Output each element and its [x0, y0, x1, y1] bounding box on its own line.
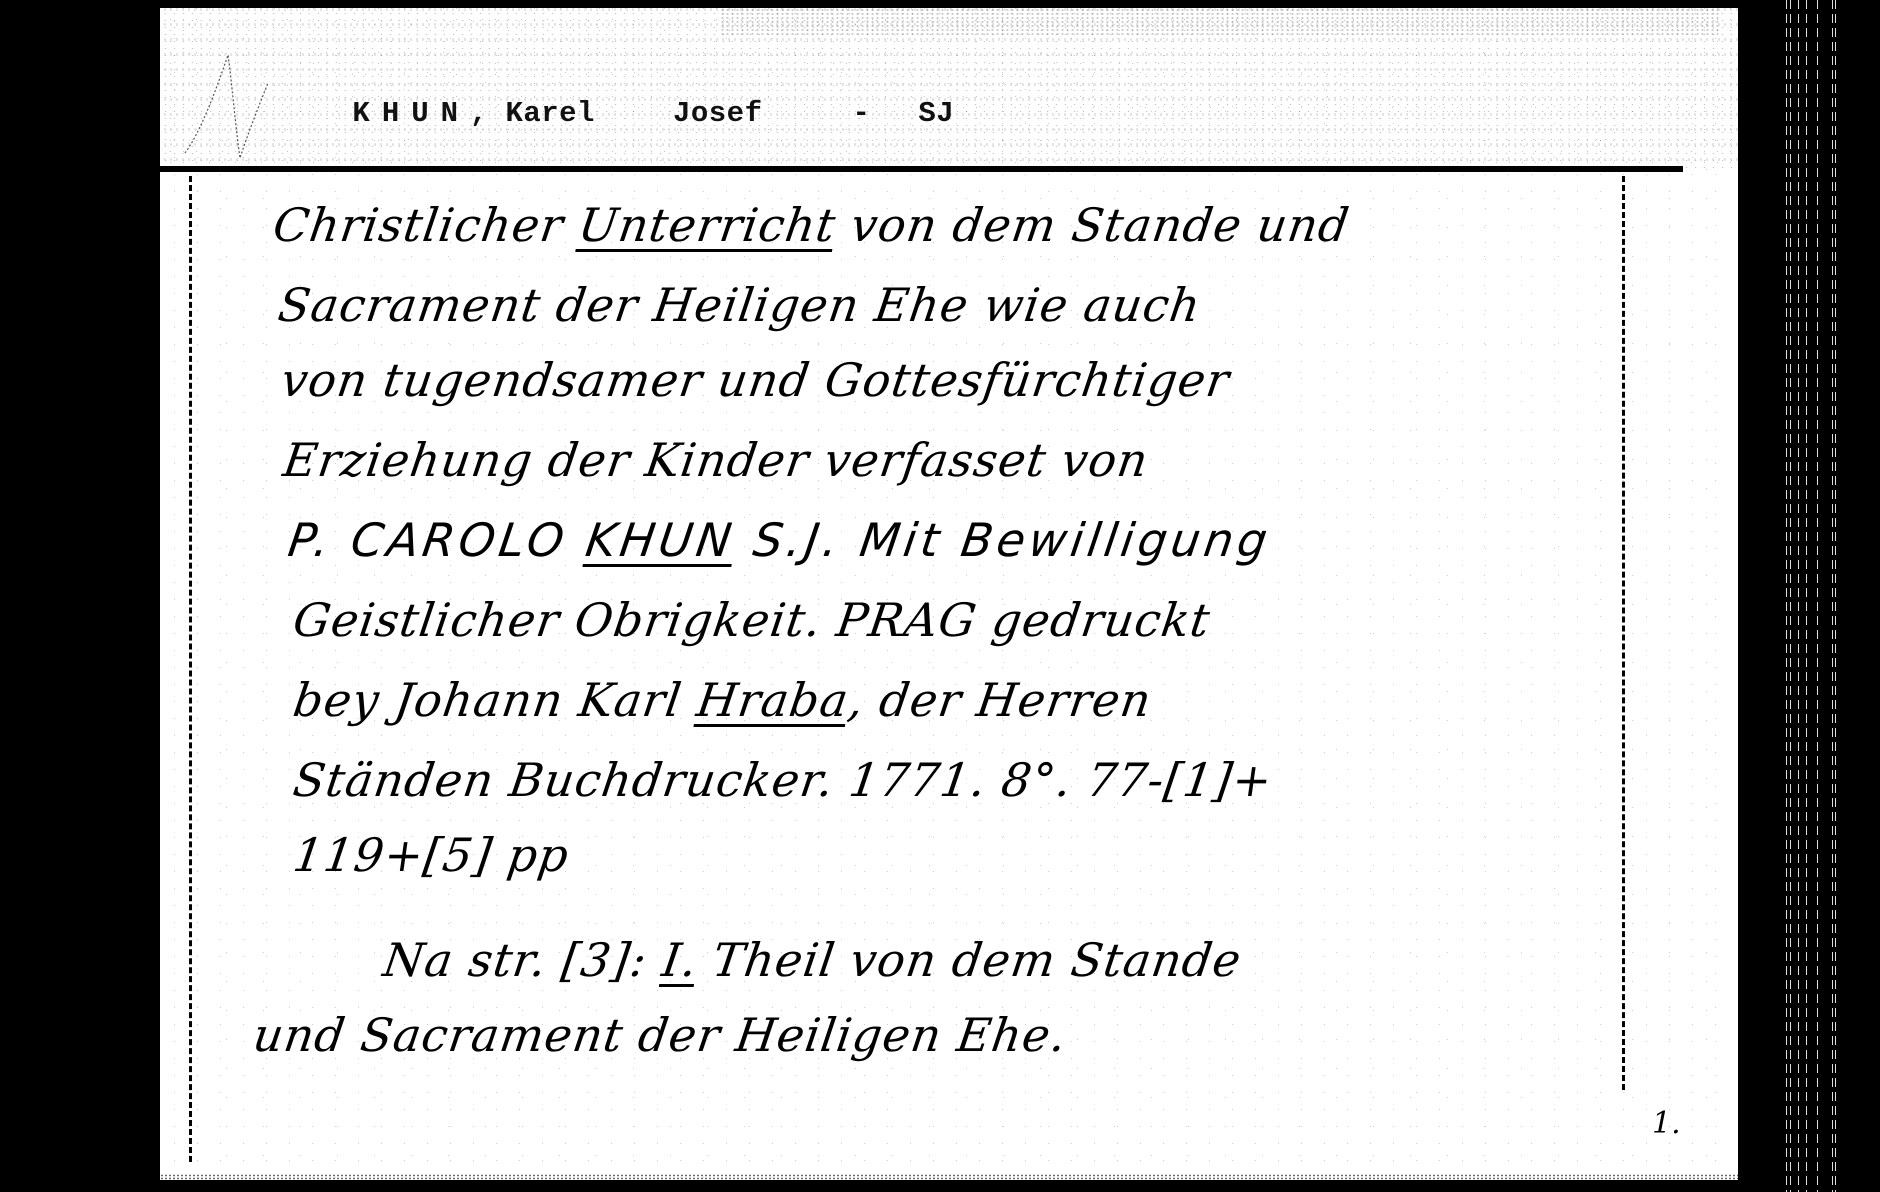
body-line: P. CAROLO KHUN S.J. Mit Bewilligung: [285, 513, 1275, 567]
header-rule: [160, 166, 1683, 172]
card-number: 1.: [1652, 1106, 1681, 1141]
note-line: Na str. [3]: I. Theil von dem Stande: [380, 933, 1245, 987]
text-segment: , der Herren: [845, 673, 1155, 727]
text-segment: S.J. Mit Bewilligung: [731, 513, 1274, 567]
bottom-edge: [160, 1174, 1738, 1180]
body-line: Geistlicher Obrigkeit. PRAG gedruckt: [290, 593, 1214, 647]
underlined-text: Unterricht: [575, 198, 839, 252]
text-segment: Erziehung der Kinder verfasset von: [280, 433, 1152, 487]
body-line: Erziehung der Kinder verfasset von: [280, 433, 1152, 487]
right-margin-line: [1622, 176, 1625, 1090]
note-line: und Sacrament der Heiligen Ehe.: [250, 1008, 1070, 1062]
text-segment: Sacrament der Heiligen Ehe wie auch: [275, 278, 1204, 332]
left-margin-line: [189, 176, 192, 1162]
underlined-text: KHUN: [582, 513, 738, 567]
body-line: Ständen Buchdrucker. 1771. 8°. 77-[1]+: [290, 753, 1276, 807]
body-line: 119+[5] pp: [290, 828, 573, 882]
scanner-edge-strip: [1738, 0, 1880, 1192]
text-segment: Na str. [3]:: [380, 933, 666, 987]
card-header: KHUN,KarelJosef-SJ: [245, 64, 954, 163]
catalog-card: KHUN,KarelJosef-SJ Christlicher Unterric…: [160, 8, 1738, 1180]
text-segment: bey Johann Karl: [290, 673, 701, 727]
body-line: bey Johann Karl Hraba, der Herren: [290, 673, 1155, 727]
header-surname: KHUN,: [352, 97, 499, 130]
text-segment: 119+[5] pp: [290, 828, 573, 882]
text-segment: Theil von dem Stande: [694, 933, 1245, 987]
text-segment: Geistlicher Obrigkeit. PRAG gedruckt: [290, 593, 1214, 647]
top-edge-noise: [720, 8, 1720, 36]
text-segment: Ständen Buchdrucker. 1771. 8°. 77-[1]+: [290, 753, 1276, 807]
header-order: SJ: [918, 97, 954, 130]
header-given-name-1: Karel: [505, 97, 595, 130]
text-segment: von tugendsamer und Gottesfürchtiger: [278, 353, 1233, 407]
body-line: Christlicher Unterricht von dem Stande u…: [270, 198, 1353, 252]
body-line: Sacrament der Heiligen Ehe wie auch: [275, 278, 1204, 332]
underlined-text: Hraba: [693, 673, 852, 727]
text-segment: und Sacrament der Heiligen Ehe.: [250, 1008, 1070, 1062]
text-segment: Christlicher: [270, 198, 583, 252]
body-line: von tugendsamer und Gottesfürchtiger: [278, 353, 1233, 407]
header-separator: -: [852, 97, 870, 130]
scan-viewer: KHUN,KarelJosef-SJ Christlicher Unterric…: [0, 0, 1880, 1192]
text-segment: von dem Stande und: [832, 198, 1353, 252]
text-segment: P. CAROLO: [285, 513, 590, 567]
header-given-name-2: Josef: [673, 97, 763, 130]
